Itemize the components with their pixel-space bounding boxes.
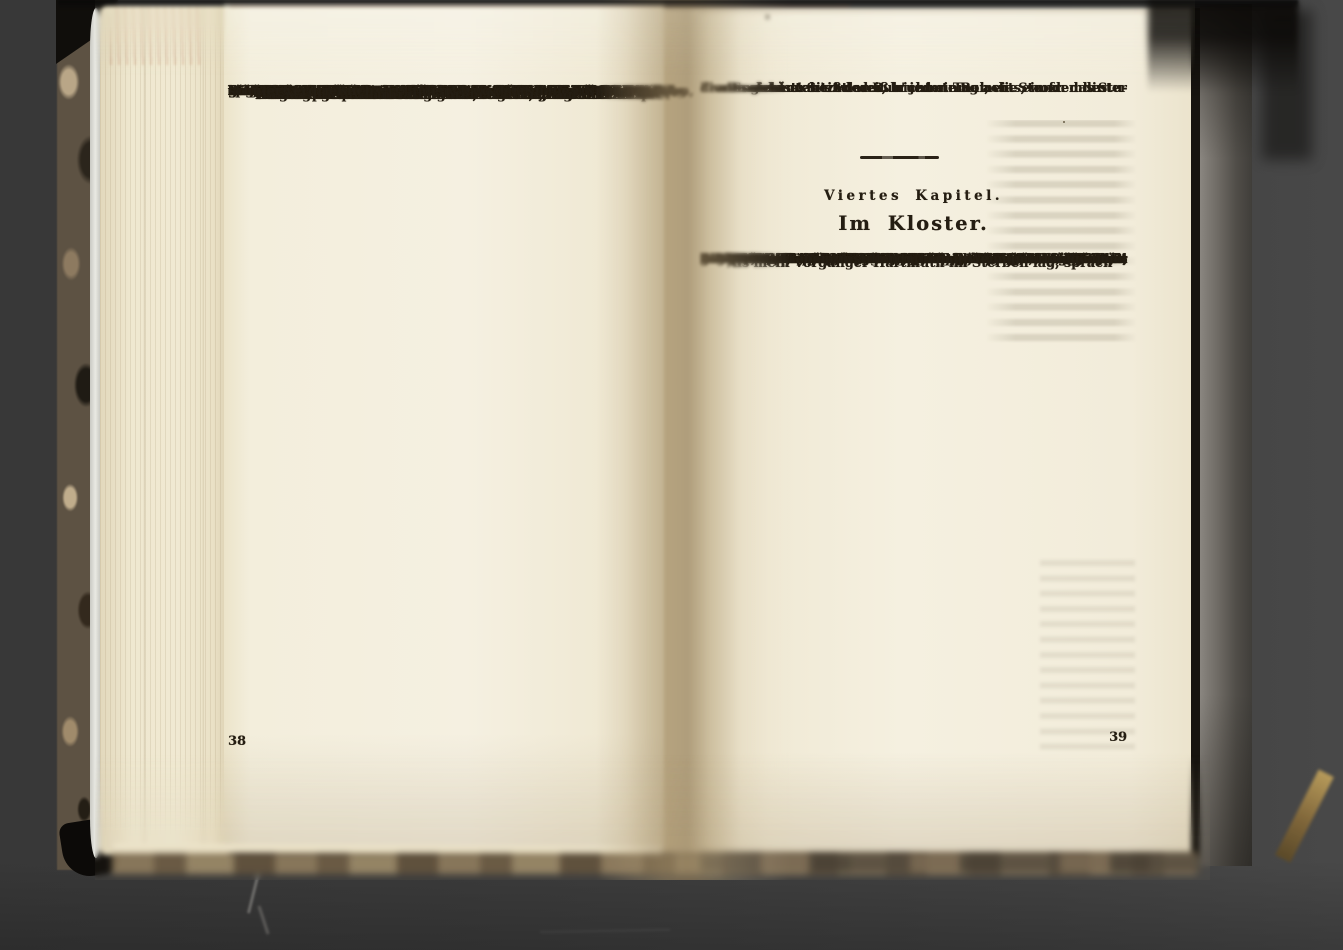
cover-corner-gold (1275, 769, 1334, 862)
gutter-blur (600, 0, 790, 880)
left-page-number: 38 (228, 734, 288, 749)
page-block-right-shadow (1200, 4, 1252, 866)
bottom-focus-blur (95, 755, 1210, 880)
book-scan-scene: Aber sie ist eine Heilige, sagte Praxedi… (0, 0, 1343, 950)
top-focus-blur (95, 0, 1195, 75)
top-shadow (58, 0, 1298, 9)
section-rule (860, 156, 939, 159)
text-line: schüler verdrießlich. (228, 84, 378, 99)
page-stack-left-edge (100, 5, 228, 855)
